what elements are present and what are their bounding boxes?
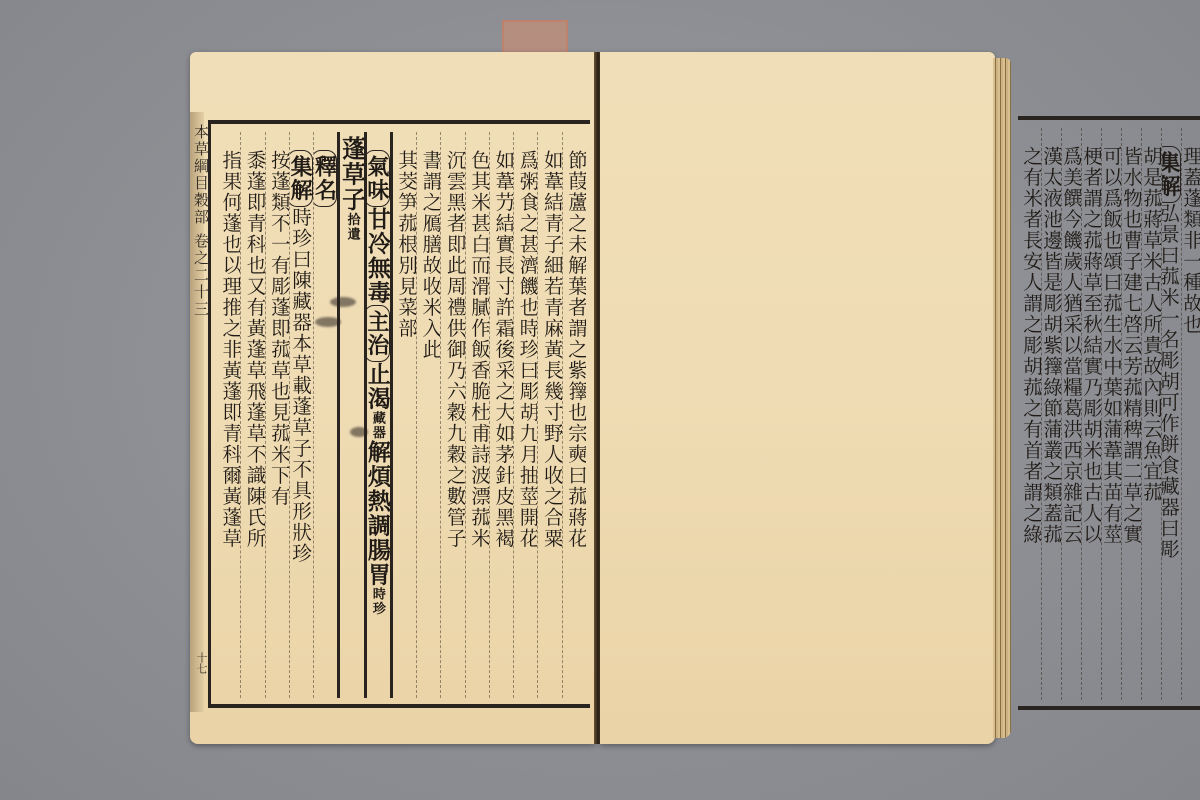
source-note: 藏器 bbox=[370, 411, 385, 440]
text-column: 黍蓬即青科也又有黃蓬草飛蓬草不識陳氏所 bbox=[240, 132, 264, 698]
text-column: 皆水物也曹子建七啓云芳菰精稗謂二草之實 bbox=[1121, 128, 1141, 700]
shiming-column: 釋名 bbox=[313, 132, 337, 698]
text-column: 胡是菰蔣草米古人所貴故內則云魚宜菰 bbox=[1141, 128, 1161, 700]
text-column: 如葦結青子細若青麻黃長幾寸野人收之合粟 bbox=[537, 132, 561, 698]
right-page: 本草綱目穀部 卷之二十三 十六 菰茭草也其中生菌如瓜形可食故謂之菰其米 須霜彫時… bbox=[600, 52, 995, 744]
left-page-number: 十七 bbox=[193, 652, 209, 674]
text-column: 理蓋蓬類非一種故也 bbox=[1181, 128, 1200, 700]
text-column: 節葭蘆之未解葉者謂之紫籜也宗奭曰菰蔣花 bbox=[562, 132, 586, 698]
ink-smudge bbox=[315, 317, 341, 327]
right-columns: 菰茭草也其中生菌如瓜形可食故謂之菰其米 須霜彫時采之故謂之彫菰或訛爲雕胡枚乘七 … bbox=[1022, 128, 1200, 700]
source-note: 時珍 bbox=[370, 587, 385, 616]
shiming-heading: 釋名 bbox=[313, 150, 337, 207]
qiwei-heading: 氣味 bbox=[364, 150, 390, 207]
jijie-column: 集解時珍曰陳藏器本草載蓬草子不具形狀珍 bbox=[289, 132, 313, 698]
entry-title-column: 蓬草子拾遺 bbox=[337, 132, 363, 698]
text-column: 爲粥食之甚濟饑也時珍曰彫胡九月抽莖開花 bbox=[513, 132, 537, 698]
text-column: 沉雲黑者即此周禮供御乃六穀九穀之數管子 bbox=[440, 132, 464, 698]
jijie-text: 時珍曰陳藏器本草載蓬草子不具形狀珍 bbox=[289, 207, 312, 564]
text-column: 色其米甚白而滑膩作飯香脆杜甫詩波漂菰米 bbox=[465, 132, 489, 698]
text-column: 漢太液池邊皆是彫胡紫籜綠節蒲叢之類蓋菰 bbox=[1041, 128, 1061, 700]
text-column: 可以爲飯也頌曰菰生水中葉如蒲葦其苗有莖 bbox=[1101, 128, 1121, 700]
qiwei-text: 甘冷無毒 bbox=[364, 207, 390, 305]
ink-smudge bbox=[350, 427, 368, 437]
zhuzhi-text: 止渴 bbox=[364, 362, 390, 411]
entry-source: 拾遺 bbox=[345, 213, 360, 242]
page-fore-edge bbox=[993, 58, 1011, 738]
text-column: 書謂之鴈膳故收米入此 bbox=[416, 132, 440, 698]
jijie-heading: 集解 bbox=[289, 150, 313, 207]
text-column: 按蓬類不一有彫蓬即菰草也見菰米下有 bbox=[265, 132, 289, 698]
open-book: 本草綱目穀部 卷之二十三 十七 節葭蘆之未解葉者謂之紫籜也宗奭曰菰蔣花 如葦結青… bbox=[190, 52, 1015, 747]
zhuzhi-text-2: 解煩熱調腸胃 bbox=[364, 440, 390, 587]
jijie-heading: 集解 bbox=[1161, 146, 1181, 203]
jijie-text: 弘景曰菰米一名彫胡可作餅食藏器曰彫 bbox=[1161, 203, 1180, 560]
zhuzhi-heading: 主治 bbox=[364, 305, 390, 362]
left-columns: 節葭蘆之未解葉者謂之紫籜也宗奭曰菰蔣花 如葦結青子細若青麻黃長幾寸野人收之合粟 … bbox=[217, 132, 586, 698]
ink-smudge bbox=[330, 297, 356, 307]
left-page: 本草綱目穀部 卷之二十三 十七 節葭蘆之未解葉者謂之紫籜也宗奭曰菰蔣花 如葦結青… bbox=[190, 52, 595, 744]
right-text-frame: 菰茭草也其中生菌如瓜形可食故謂之菰其米 須霜彫時采之故謂之彫菰或訛爲雕胡枚乘七 … bbox=[1018, 116, 1200, 710]
text-column: 如葦芀結實長寸許霜後采之大如茅針皮黑褐 bbox=[489, 132, 513, 698]
text-column: 其茭笋菰根別見菜部 bbox=[390, 132, 416, 698]
text-column: 之有米者長安人謂之彫胡菰之有首者謂之綠 bbox=[1022, 128, 1041, 700]
entry-title: 蓬草子 bbox=[338, 136, 364, 213]
text-column: 爲美饌今饑歲人猶采以當糧葛洪西京雜記云 bbox=[1061, 128, 1081, 700]
qiwei-zhuzhi-column: 氣味甘冷無毒主治止渴藏器解煩熱調腸胃時珍 bbox=[364, 132, 390, 698]
jijie-column: 集解弘景曰菰米一名彫胡可作餅食藏器曰彫 bbox=[1161, 128, 1181, 700]
left-text-frame: 節葭蘆之未解葉者謂之紫籜也宗奭曰菰蔣花 如葦結青子細若青麻黃長幾寸野人收之合粟 … bbox=[208, 120, 590, 708]
text-column: 指果何蓬也以理推之非黃蓬即青科爾黃蓬草 bbox=[217, 132, 240, 698]
text-column: 梗者謂之菰蔣草至秋結實乃彫胡米也古人以 bbox=[1081, 128, 1101, 700]
